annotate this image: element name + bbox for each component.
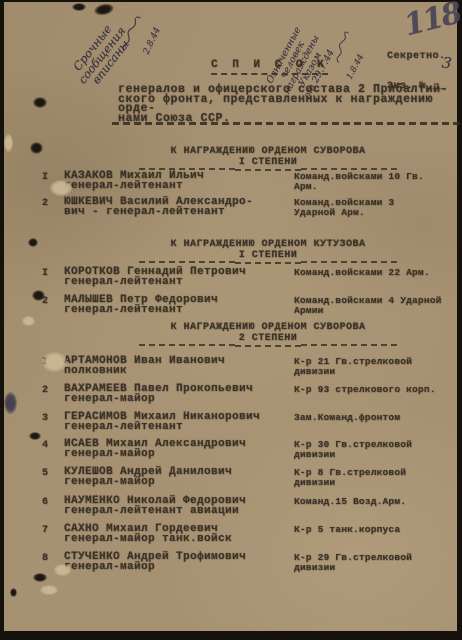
punch-hole bbox=[30, 142, 43, 154]
punch-hole bbox=[28, 238, 38, 247]
entry-name-rank: ЮШКЕВИЧ Василий Александро- вич - генера… bbox=[64, 198, 292, 217]
award-entry: 5 КУЛЕШОВ Андрей Данилович генерал-майор… bbox=[42, 468, 458, 490]
entry-position: К-р 29 Гв.стрелковой дивизии bbox=[294, 553, 462, 572]
section-title: К НАГРАЖДЕНИЮ ОРДЕНОМ СУВОРОВА bbox=[139, 322, 397, 333]
document-subtitle: генералов и офицерского состава 2 Прибал… bbox=[118, 85, 457, 124]
torn-spot bbox=[54, 564, 71, 576]
entry-number: 6 bbox=[42, 497, 48, 508]
entry-name-rank: САХНО Михаил Гордеевич генерал-майор тан… bbox=[64, 525, 292, 544]
award-entry: 4 ИСАЕВ Михаил Александрович генерал-май… bbox=[42, 440, 458, 462]
scan-stain bbox=[72, 3, 86, 11]
entry-name-rank: АРТАМОНОВ Иван Иванович полковник bbox=[64, 357, 292, 376]
entry-number: 8 bbox=[42, 553, 48, 564]
section-title: К НАГРАЖДЕНИЮ ОРДЕНОМ СУВОРОВА bbox=[139, 146, 397, 157]
entry-position: К-р 30 Гв.стрелковой дивизии bbox=[294, 440, 462, 459]
entry-position: К-р 5 танк.корпуса bbox=[294, 525, 462, 535]
torn-spot bbox=[4, 134, 13, 152]
torn-spot bbox=[50, 180, 72, 196]
handwritten-copy-number: 3 bbox=[441, 53, 453, 72]
entry-position: Команд.15 Возд.Арм. bbox=[294, 497, 462, 507]
award-entry: I АРТАМОНОВ Иван Иванович полковник К-р … bbox=[42, 357, 458, 379]
section-title: К НАГРАЖДЕНИЮ ОРДЕНОМ КУТУЗОВА bbox=[139, 239, 397, 250]
scanned-page: 118 Секретно. Экз. №___ 3 Срочные сообще… bbox=[4, 2, 457, 631]
entry-name-rank: ИСАЕВ Михаил Александрович генерал-майор bbox=[64, 440, 292, 459]
entry-name-rank: СТУЧЕНКО Андрей Трофимович генерал-майор bbox=[64, 553, 292, 572]
punch-hole bbox=[33, 97, 47, 108]
punch-hole bbox=[32, 290, 45, 301]
entry-name-rank: КУЛЕШОВ Андрей Данилович генерал-майор bbox=[64, 468, 292, 487]
torn-spot bbox=[40, 585, 58, 595]
award-entry: 6 НАУМЕНКО Николай Федорович генерал-лей… bbox=[42, 497, 458, 519]
section-heading-kutuzov-1: К НАГРАЖДЕНИЮ ОРДЕНОМ КУТУЗОВА I СТЕПЕНИ bbox=[139, 239, 397, 264]
entry-position: К-р 93 стрелкового корп. bbox=[294, 385, 462, 395]
document-title: С П И С О К bbox=[211, 59, 328, 75]
entry-position: Зам.Команд.фронтом bbox=[294, 413, 462, 423]
handwritten-page-number: 118 bbox=[401, 0, 462, 43]
entry-position: К-р 8 Гв.стрелковой дивизии bbox=[294, 468, 462, 487]
punch-hole bbox=[29, 432, 41, 440]
entry-position: К-р 21 Гв.стрелковой дивизии bbox=[294, 357, 462, 376]
award-entry: 8 СТУЧЕНКО Андрей Трофимович генерал-май… bbox=[42, 553, 458, 575]
dashed-separator bbox=[112, 122, 462, 125]
entry-name-rank: КАЗАКОВ Михаил Ильич генерал-лейтенант bbox=[64, 172, 292, 191]
section-heading-suvorov-2: К НАГРАЖДЕНИЮ ОРДЕНОМ СУВОРОВА 2 СТЕПЕНИ bbox=[139, 322, 397, 347]
torn-spot bbox=[42, 352, 67, 372]
entry-name-rank: НАУМЕНКО Николай Федорович генерал-лейте… bbox=[64, 497, 292, 516]
scan-stain bbox=[10, 588, 17, 597]
section-degree: I СТЕПЕНИ bbox=[235, 250, 302, 264]
punch-hole bbox=[33, 573, 47, 582]
award-entry: I КАЗАКОВ Михаил Ильич генерал-лейтенант… bbox=[42, 172, 458, 194]
award-entry: 2 ВАХРАМЕЕВ Павел Прокопьевич генерал-ма… bbox=[42, 385, 458, 407]
award-entry: 2 ЮШКЕВИЧ Василий Александро- вич - гене… bbox=[42, 198, 458, 220]
award-entry: 3 ГЕРАСИМОВ Михаил Никанорович генерал-л… bbox=[42, 413, 458, 435]
award-entry: 7 САХНО Михаил Гордеевич генерал-майор т… bbox=[42, 525, 458, 547]
section-degree: I СТЕПЕНИ bbox=[235, 157, 302, 171]
classification-label: Секретно. bbox=[387, 51, 446, 62]
entry-number: 4 bbox=[42, 440, 48, 451]
entry-number: I bbox=[42, 268, 48, 279]
entry-position: Команд.войсками 3 Ударной Арм. bbox=[294, 198, 462, 217]
entry-number: 3 bbox=[42, 413, 48, 424]
torn-spot bbox=[22, 316, 35, 326]
entry-number: 5 bbox=[42, 468, 48, 479]
entry-name-rank: МАЛЫШЕВ Петр Федорович генерал-лейтенант bbox=[64, 296, 292, 315]
entry-number: 2 bbox=[42, 385, 48, 396]
award-entry: 2 МАЛЫШЕВ Петр Федорович генерал-лейтена… bbox=[42, 296, 458, 318]
award-entry: I КОРОТКОВ Геннадий Петрович генерал-лей… bbox=[42, 268, 458, 290]
entry-name-rank: КОРОТКОВ Геннадий Петрович генерал-лейте… bbox=[64, 268, 292, 287]
entry-number: 2 bbox=[42, 198, 48, 209]
section-degree: 2 СТЕПЕНИ bbox=[235, 333, 302, 347]
entry-position: Команд.войсками 10 Гв. Арм. bbox=[294, 172, 462, 191]
entry-number: 7 bbox=[42, 525, 48, 536]
entry-position: Команд.войсками 22 Арм. bbox=[294, 268, 462, 278]
entry-name-rank: ВАХРАМЕЕВ Павел Прокопьевич генерал-майо… bbox=[64, 385, 292, 404]
entry-position: Команд.войсками 4 Ударной Армии bbox=[294, 296, 462, 315]
ink-smudge bbox=[4, 392, 17, 414]
entry-number: I bbox=[42, 172, 48, 183]
entry-name-rank: ГЕРАСИМОВ Михаил Никанорович генерал-лей… bbox=[64, 413, 292, 432]
section-heading-suvorov-1: К НАГРАЖДЕНИЮ ОРДЕНОМ СУВОРОВА I СТЕПЕНИ bbox=[139, 146, 397, 171]
